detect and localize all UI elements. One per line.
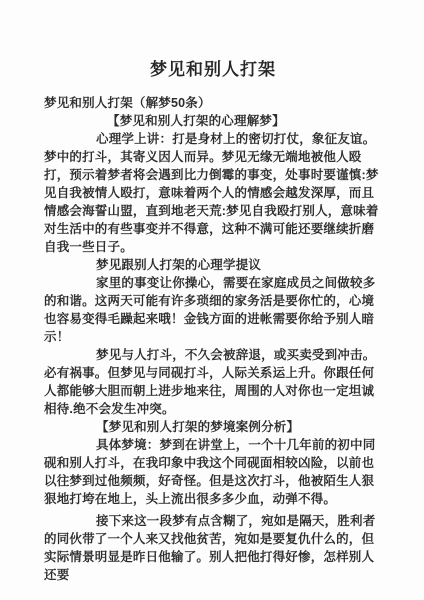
- document-page: 梦见和别人打架 梦见和别人打架（解梦50条） 【梦见和别人打架的心理解梦】 心理…: [0, 0, 424, 600]
- paragraph-dream-case-continued: 接下来这一段梦有点含糊了，宛如是隔天，胜利者的同伙带了一个人来又找他贫苦，宛如是…: [44, 512, 382, 584]
- paragraph-fight-meanings: 梦见与人打斗，不久会被辞退，或买卖受到冲击。必有祸事。但梦见与同砚打斗，人际关系…: [44, 346, 382, 418]
- section-heading-case-analysis: 【梦见和别人打架的梦境案例分析】: [44, 418, 382, 436]
- page-title: 梦见和别人打架: [44, 57, 382, 82]
- subtitle-line: 梦见和别人打架（解梦50条）: [44, 94, 382, 112]
- section-subheading-advice: 梦见跟别人打架的心理学提议: [44, 256, 382, 274]
- paragraph-psychology-analysis: 心理学上讲：打是身材上的密切打仗，象征友谊。梦中的打斗，其寄义因人而异。梦见无缘…: [44, 130, 382, 256]
- paragraph-dream-case: 具体梦境：梦到在讲堂上，一个十几年前的初中同砚和别人打斗，在我印象中我这个同砚面…: [44, 436, 382, 508]
- paragraph-advice: 家里的事变让你操心，需要在家庭成员之间做较多的和谐。这两天可能有许多琐细的家务活…: [44, 274, 382, 346]
- section-heading-psychology: 【梦见和别人打架的心理解梦】: [44, 112, 382, 130]
